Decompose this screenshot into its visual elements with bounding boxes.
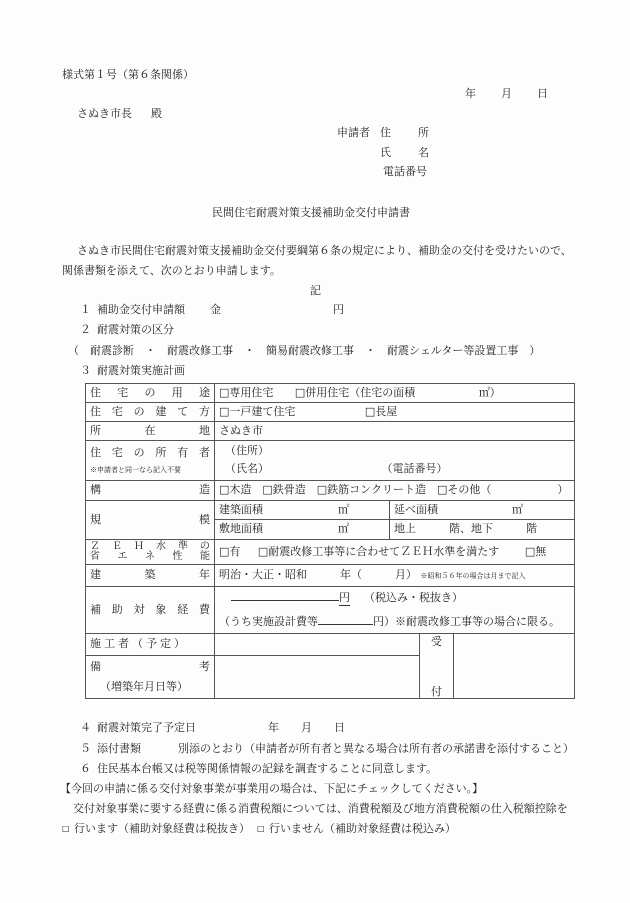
owner-name-field[interactable]: （氏名） bbox=[225, 462, 269, 475]
zeh-no-checkbox[interactable]: □無 bbox=[525, 545, 546, 558]
item2-number: ２ bbox=[80, 324, 91, 335]
design-cost-input[interactable] bbox=[318, 614, 373, 625]
label-char: 能 bbox=[200, 552, 210, 563]
date-day-label: 日 bbox=[537, 88, 548, 99]
label-char: 年 bbox=[199, 569, 210, 582]
label-char: 象 bbox=[155, 604, 166, 617]
label-char: 有 bbox=[177, 447, 188, 460]
label-char: 者 bbox=[199, 447, 210, 460]
business-use-note: 【今回の申請に係る交付対象事業が事業用の場合は、下記にチェックしてください。】 bbox=[60, 783, 483, 794]
label-char: 考 bbox=[199, 661, 210, 674]
item6-consent: 住民基本台帳又は税等関係情報の記録を調査することに同意します。 bbox=[97, 763, 437, 774]
label-char: 省 bbox=[90, 552, 100, 563]
tax-deduct-no-label: 行いません（補助対象経費は税込み） bbox=[269, 823, 456, 834]
item4-number: ４ bbox=[80, 722, 91, 733]
implementation-plan-table: 住宅の用途 □専用住宅 □併用住宅（住宅の面積 ㎡） 住宅の建て方 □一戸建て住… bbox=[85, 383, 575, 699]
label-char: エ bbox=[118, 552, 128, 563]
item1-label: 補助金交付申請額 bbox=[97, 304, 185, 315]
item5-value: 別添のとおり（申請者が所有者と異なる場合は所有者の承諾書を添付すること） bbox=[178, 743, 574, 754]
label-char: 補 bbox=[90, 604, 101, 617]
label-char: 地 bbox=[199, 425, 210, 438]
building-area-label: 建築面積 bbox=[219, 503, 263, 516]
intro-text-line1: さぬき市民間住宅耐震対策支援補助金交付要綱第６条の規定により、補助金の交付を受け… bbox=[77, 245, 572, 256]
row-structure: 構造 □木造 □鉄骨造 □鉄筋コンクリート造 □その他（ ） bbox=[86, 481, 575, 501]
built-year-label: 建築年 bbox=[86, 565, 215, 587]
item3-number: ３ bbox=[80, 365, 91, 376]
tax-deduct-yes-checkbox[interactable]: □ bbox=[62, 825, 70, 833]
label-char: 所 bbox=[155, 447, 166, 460]
label-char: 宅 bbox=[112, 447, 123, 460]
zeh-options: □有 □耐震改修工事等に合わせてＺＥＨ水準を満たす □無 bbox=[215, 540, 575, 565]
row-scale-1: 規模 建築面積㎡ 延べ面積㎡ bbox=[86, 501, 575, 520]
contractor-label: 施工者（予定） bbox=[86, 634, 215, 656]
zeh-yes-checkbox[interactable]: □有 bbox=[219, 545, 240, 558]
label-char: 建 bbox=[90, 569, 101, 582]
structure-options[interactable]: □木造 □鉄骨造 □鉄筋コンクリート造 □その他（ ） bbox=[215, 481, 575, 501]
applicant-address-label-2: 所 bbox=[418, 127, 429, 138]
subsidy-cost-fields: 円（税込み・税抜き） （うち実施設計費等円）※耐震改修工事等の場合に限る。 bbox=[215, 587, 575, 634]
receipt-char-bottom: 付 bbox=[424, 686, 449, 699]
label-char: 所 bbox=[90, 425, 101, 438]
date-month-label: 月 bbox=[501, 88, 512, 99]
remarks-sublabel: （増築年月日等） bbox=[100, 681, 210, 694]
built-year-value: 明治・大正・昭和 年（ 月） bbox=[219, 568, 417, 581]
document-title: 民間住宅耐震対策支援補助金交付申請書 bbox=[212, 207, 410, 218]
remarks-label: 備考 （増築年月日等） bbox=[86, 656, 215, 699]
item1-number: １ bbox=[80, 304, 91, 315]
label-char: 住 bbox=[90, 387, 101, 400]
label-char: 用 bbox=[172, 387, 183, 400]
usage-label: 住宅の用途 bbox=[86, 384, 215, 403]
usage-options: □専用住宅 □併用住宅（住宅の面積 ㎡） bbox=[215, 384, 575, 403]
location-label: 所在地 bbox=[86, 422, 215, 441]
item4-label: 耐震対策完了予定日 bbox=[97, 722, 196, 733]
item4-date[interactable]: 年 月 日 bbox=[268, 722, 345, 733]
applicant-label: 申請者 bbox=[337, 127, 370, 138]
contractor-field[interactable] bbox=[215, 634, 420, 656]
sqm-unit: ㎡ bbox=[512, 503, 523, 516]
owner-address-field[interactable]: （住所） bbox=[225, 445, 570, 458]
item2-label: 耐震対策の区分 bbox=[97, 324, 174, 335]
label-char: 性 bbox=[173, 552, 183, 563]
built-year-field[interactable]: 明治・大正・昭和 年（ 月） ※昭和５６年の場合は月まで記入 bbox=[215, 565, 575, 587]
item6-number: ６ bbox=[80, 763, 91, 774]
receipt-label: 受 付 bbox=[420, 634, 454, 699]
label-char: の bbox=[145, 387, 156, 400]
label-char: 建 bbox=[155, 406, 166, 419]
label-char: 経 bbox=[177, 604, 188, 617]
applicant-phone-label: 電話番号 bbox=[383, 166, 427, 177]
subsidy-cost-input[interactable] bbox=[231, 600, 339, 601]
label-char: 方 bbox=[199, 406, 210, 419]
label-char: 造 bbox=[199, 484, 210, 497]
sqm-unit: ㎡ bbox=[338, 522, 349, 535]
remarks-field[interactable] bbox=[215, 656, 420, 699]
applicant-name-label-1: 氏 bbox=[380, 147, 391, 158]
date-year-label: 年 bbox=[465, 88, 476, 99]
row-usage: 住宅の用途 □専用住宅 □併用住宅（住宅の面積 ㎡） bbox=[86, 384, 575, 403]
row-subsidy-cost: 補助対象経費 円（税込み・税抜き） （うち実施設計費等円）※耐震改修工事等の場合… bbox=[86, 587, 575, 634]
design-cost-label: （うち実施設計費等 bbox=[219, 615, 318, 628]
label-char: 備 bbox=[90, 661, 101, 674]
row-house-checkbox[interactable]: □長屋 bbox=[365, 405, 397, 418]
label-char: ネ bbox=[145, 552, 155, 563]
tax-deduct-yes-label: 行います（補助対象経費は税抜き） bbox=[74, 823, 250, 834]
label-char: 助 bbox=[112, 604, 123, 617]
owner-note: ※申請者と同一なら記入不要 bbox=[90, 466, 210, 474]
row-building-type: 住宅の建て方 □一戸建て住宅 □長屋 bbox=[86, 403, 575, 422]
item3-label: 耐震対策実施計画 bbox=[97, 365, 185, 376]
label-char: て bbox=[177, 406, 188, 419]
housing-area-unit: ㎡） bbox=[479, 386, 501, 399]
building-type-options: □一戸建て住宅 □長屋 bbox=[215, 403, 575, 422]
zeh-label: ＺＥＨ水準の 省エネ性能 bbox=[86, 540, 215, 565]
total-floor-area-label: 延べ面積 bbox=[394, 503, 438, 516]
label-char: 宅 bbox=[117, 387, 128, 400]
tax-deduct-no-checkbox[interactable]: □ bbox=[257, 825, 265, 833]
built-year-note: ※昭和５６年の場合は月まで記入 bbox=[421, 572, 526, 580]
label-char: 構 bbox=[90, 484, 101, 497]
label-char: 在 bbox=[145, 425, 156, 438]
consumption-tax-text: 交付対象事業に要する経費に係る消費税額については、消費税額及び地方消費税額の仕入… bbox=[73, 803, 568, 814]
row-built-year: 建築年 明治・大正・昭和 年（ 月） ※昭和５６年の場合は月まで記入 bbox=[86, 565, 575, 587]
yen-unit: 円 bbox=[339, 592, 350, 606]
applicant-address-label-1: 住 bbox=[380, 127, 391, 138]
building-type-label: 住宅の建て方 bbox=[86, 403, 215, 422]
row-location: 所在地 さぬき市 bbox=[86, 422, 575, 441]
countermeasure-categories: （ 耐震診断 ・ 耐震改修工事 ・ 簡易耐震改修工事 ・ 耐震シェルター等設置工… bbox=[68, 345, 540, 356]
design-cost-note: 円）※耐震改修工事等の場合に限る。 bbox=[373, 615, 560, 628]
label-char: の bbox=[134, 406, 145, 419]
label-char: 規 bbox=[90, 514, 101, 527]
total-floor-area-field[interactable]: 延べ面積㎡ bbox=[390, 501, 575, 520]
zeh-with-retrofit-checkbox[interactable]: □耐震改修工事等に合わせてＺＥＨ水準を満たす bbox=[258, 545, 499, 558]
sqm-unit: ㎡ bbox=[338, 503, 349, 516]
honorific: 殿 bbox=[151, 108, 162, 119]
owner-label: 住宅の所有者 ※申請者と同一なら記入不要 bbox=[86, 441, 215, 481]
item1-yen: 円 bbox=[333, 304, 344, 315]
receipt-stamp-area bbox=[454, 634, 575, 699]
row-owner: 住宅の所有者 ※申請者と同一なら記入不要 （住所） （氏名）（電話番号） bbox=[86, 441, 575, 481]
site-area-field[interactable]: 敷地面積㎡ bbox=[215, 520, 390, 540]
applicant-name-label-2: 名 bbox=[418, 147, 429, 158]
building-area-field[interactable]: 建築面積㎡ bbox=[215, 501, 390, 520]
scale-label: 規模 bbox=[86, 501, 215, 540]
label-char: 模 bbox=[199, 514, 210, 527]
floors-field[interactable]: 地上 階、地下 階 bbox=[390, 520, 575, 540]
intro-text-line2: 関係書類を添えて、次のとおり申請します。 bbox=[62, 265, 281, 276]
item5-label: 添付書類 bbox=[97, 743, 141, 754]
subsidy-cost-label: 補助対象経費 bbox=[86, 587, 215, 634]
location-field[interactable]: さぬき市 bbox=[215, 422, 575, 441]
item5-number: ５ bbox=[80, 743, 91, 754]
label-char: 宅 bbox=[112, 406, 123, 419]
row-contractor: 施工者（予定） 受 付 bbox=[86, 634, 575, 656]
owner-fields: （住所） （氏名）（電話番号） bbox=[215, 441, 575, 481]
dedicated-housing-checkbox[interactable]: □専用住宅 bbox=[219, 386, 273, 399]
label-char: の bbox=[134, 447, 145, 460]
label-char: 途 bbox=[199, 387, 210, 400]
structure-label: 構造 bbox=[86, 481, 215, 501]
site-area-label: 敷地面積 bbox=[219, 522, 263, 535]
receipt-char-top: 受 bbox=[424, 636, 449, 649]
item1-kin: 金 bbox=[210, 304, 221, 315]
label-char: Ｈ bbox=[134, 542, 144, 553]
row-zeh: ＺＥＨ水準の 省エネ性能 □有 □耐震改修工事等に合わせてＺＥＨ水準を満たす □… bbox=[86, 540, 575, 565]
mixed-use-housing-checkbox[interactable]: □併用住宅（住宅の面積 bbox=[295, 386, 415, 399]
label-char: 水 bbox=[156, 542, 166, 553]
label-char: 住 bbox=[90, 406, 101, 419]
addressee: さぬき市長 bbox=[77, 108, 132, 119]
label-char: 住 bbox=[90, 447, 101, 460]
tax-included-excluded-option[interactable]: （税込み・税抜き） bbox=[364, 591, 463, 604]
label-char: 築 bbox=[145, 569, 156, 582]
owner-phone-field[interactable]: （電話番号） bbox=[387, 462, 448, 475]
detached-house-checkbox[interactable]: □一戸建て住宅 bbox=[219, 405, 295, 418]
form-number: 様式第１号（第６条関係） bbox=[62, 69, 194, 80]
label-char: 対 bbox=[134, 604, 145, 617]
ki-heading: 記 bbox=[310, 285, 321, 296]
label-char: 費 bbox=[199, 604, 210, 617]
